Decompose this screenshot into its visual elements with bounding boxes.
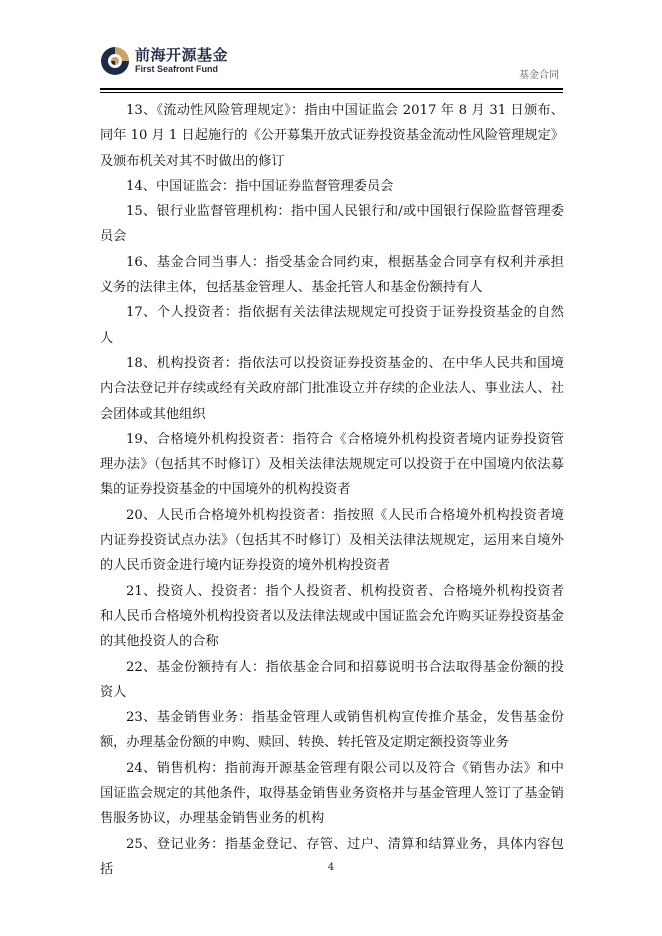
header-rule-thin (100, 92, 563, 93)
page-header: 前海开源基金 First Seafront Fund 基金合同 (100, 44, 563, 90)
logo-english-name: First Seafront Fund (135, 65, 228, 74)
definition-22: 22、基金份额持有人：指依基金合同和招募说明书合法取得基金份额的投资人 (100, 655, 564, 706)
definition-20: 20、人民币合格境外机构投资者：指按照《人民币合格境外机构投资者境内证券投资试点… (100, 503, 564, 579)
page-number: 4 (0, 862, 662, 873)
definition-15: 15、银行业监督管理机构：指中国人民银行和/或中国银行保险监督管理委员会 (100, 199, 564, 250)
logo-chinese-name: 前海开源基金 (135, 48, 228, 63)
definition-21: 21、投资人、投资者：指个人投资者、机构投资者、合格境外机构投资者和人民币合格境… (100, 579, 564, 655)
document-body: 13、《流动性风险管理规定》：指由中国证监会 2017 年 8 月 31 日颁布… (100, 98, 564, 882)
header-title: 基金合同 (519, 66, 559, 81)
definition-17: 17、个人投资者：指依据有关法律法规规定可投资于证券投资基金的自然人 (100, 300, 564, 351)
swirl-logo-icon (100, 46, 130, 76)
definition-14: 14、中国证监会：指中国证券监督管理委员会 (100, 174, 564, 199)
definition-23: 23、基金销售业务：指基金管理人或销售机构宣传推介基金，发售基金份额，办理基金份… (100, 705, 564, 756)
document-page: 前海开源基金 First Seafront Fund 基金合同 13、《流动性风… (0, 0, 662, 936)
definition-24: 24、销售机构：指前海开源基金管理有限公司以及符合《销售办法》和中国证监会规定的… (100, 756, 564, 832)
definition-25: 25、登记业务：指基金登记、存管、过户、清算和结算业务，具体内容包括 (100, 832, 564, 883)
company-logo: 前海开源基金 First Seafront Fund (100, 46, 228, 76)
definition-19: 19、合格境外机构投资者：指符合《合格境外机构投资者境内证券投资管理办法》（包括… (100, 427, 564, 503)
definition-13: 13、《流动性风险管理规定》：指由中国证监会 2017 年 8 月 31 日颁布… (100, 98, 564, 174)
definition-16: 16、基金合同当事人：指受基金合同约束，根据基金合同享有权利并承担义务的法律主体… (100, 250, 564, 301)
definition-18: 18、机构投资者：指依法可以投资证券投资基金的、在中华人民共和国境内合法登记并存… (100, 351, 564, 427)
